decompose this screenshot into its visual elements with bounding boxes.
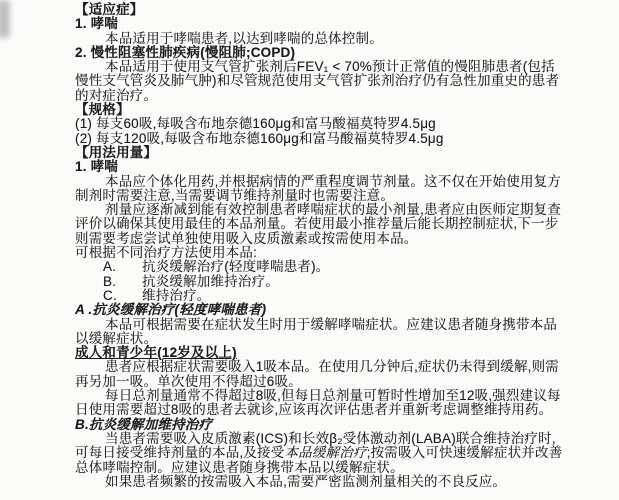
treatment-method-item-b: B.抗炎缓解加维持治疗。 [75, 275, 564, 289]
treatment-method-label-a: A. [103, 260, 142, 274]
section-header-indications: 【适应症】 [75, 3, 564, 17]
specification-item-2: (2) 每支120吸,每吸含布地奈德160μg和富马酸福莫特罗4.5μg [75, 132, 564, 146]
adults-paragraph-2: 每日总剂量通常不得超过8吸,但每日总剂量可暂时性增加至12吸,强烈建议每日使用需… [75, 389, 564, 418]
treatment-method-label-b: B. [103, 275, 142, 289]
method-a-paragraph: 本品可根据需要在症状发生时用于缓解哮喘症状。应建议患者随身携带本品以缓解症状。 [75, 318, 564, 347]
section-header-dosage: 【用法用量】 [75, 146, 564, 160]
method-b-paragraph-1-italic: 本品缓解治疗 [284, 445, 366, 460]
adults-paragraph-1: 患者应根据症状需要吸入1吸本品。在使用几分钟后,症状仍未得到缓解,则需再另加一吸… [75, 360, 564, 389]
scan-smudge-artifact [0, 0, 10, 38]
indications-item2-paragraph: 本品适用于使用支气管扩张剂后FEV₁ < 70%预计正常值的慢阻肺患者(包括慢性… [75, 60, 564, 103]
method-a-header: A .抗炎缓解治疗(轻度哮喘患者) [75, 303, 564, 317]
method-b-paragraph-1: 当患者需要吸入皮质激素(ICS)和长效β₂受体激动剂(LABA)联合维持治疗时,… [75, 432, 564, 475]
method-b-paragraph-2: 如果患者频繁的按需吸入本品,需要严密监测剂量相关的不良反应。 [75, 475, 564, 489]
method-b-header: B.抗炎缓解加维持治疗 [75, 418, 564, 432]
treatment-method-text-c: 维持治疗。 [142, 288, 211, 303]
drug-insert-page: 【适应症】 1. 哮喘 本品适用于哮喘患者,以达到哮喘的总体控制。 2. 慢性阻… [75, 3, 564, 489]
dosage-paragraph-2: 剂量应逐渐减到能有效控制患者哮喘症状的最小剂量,患者应由医师定期复查评价以确保其… [75, 203, 564, 246]
treatment-method-text-a: 抗炎缓解治疗(轻度哮喘患者)。 [142, 259, 330, 274]
dosage-item1-title: 1. 哮喘 [75, 160, 564, 174]
dosage-paragraph-1: 本品应个体化用药,并根据病情的严重程度调节剂量。这不仅在开始使用复方制剂时需要注… [75, 175, 564, 204]
indications-item1-paragraph: 本品适用于哮喘患者,以达到哮喘的总体控制。 [75, 32, 564, 46]
specification-item-1: (1) 每支60吸,每吸含布地奈德160μg和富马酸福莫特罗4.5μg [75, 117, 564, 131]
indications-item1-title: 1. 哮喘 [75, 17, 564, 31]
treatment-method-text-b: 抗炎缓解加维持治疗。 [142, 274, 279, 289]
treatment-method-item-a: A.抗炎缓解治疗(轻度哮喘患者)。 [75, 260, 564, 274]
